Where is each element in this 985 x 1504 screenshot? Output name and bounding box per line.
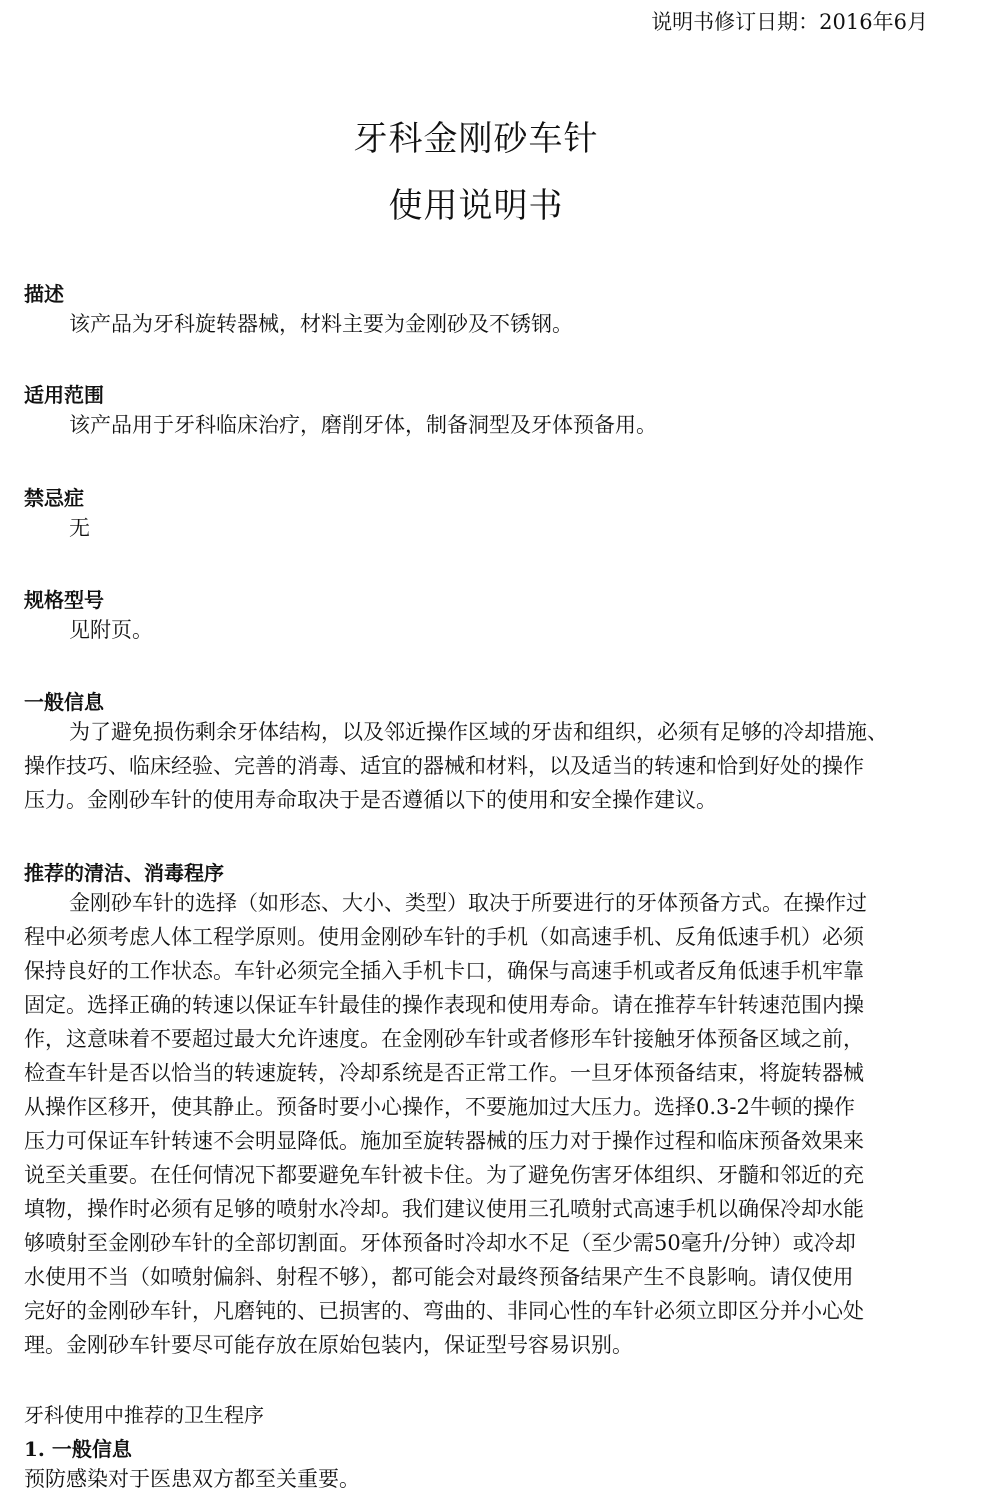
section-body: 预防感染对于医患双方都至关重要。 — [24, 1462, 930, 1496]
paragraph-line: 固定。选择正确的转速以保证车针最佳的操作表现和使用寿命。请在推荐车针转速范围内操 — [24, 988, 930, 1022]
section-body: 无 — [24, 511, 930, 545]
paragraph-line: 说至关重要。在任何情况下都要避免车针被卡住。为了避免伤害牙体组织、牙髓和邻近的充 — [24, 1158, 930, 1192]
paragraph-line: 检查车针是否以恰当的转速旋转，冷却系统是否正常工作。一旦牙体预备结束，将旋转器械 — [24, 1056, 930, 1090]
section-heading: 描述 — [24, 281, 930, 307]
section-cleaning-procedure: 推荐的清洁、消毒程序 金刚砂车针的选择（如形态、大小、类型）取决于所要进行的牙体… — [24, 860, 930, 1362]
paragraph-line: 够喷射至金刚砂车针的全部切割面。牙体预备时冷却水不足（至少需50毫升/分钟）或冷… — [24, 1226, 930, 1260]
section-body: 见附页。 — [24, 613, 930, 647]
document-title: 牙科金刚砂车针 — [0, 119, 952, 159]
revision-date: 说明书修订日期：2016年6月 — [651, 8, 928, 36]
section-body: 该产品为牙科旋转器械，材料主要为金刚砂及不锈钢。 — [24, 307, 930, 341]
section-specifications: 规格型号 见附页。 — [24, 587, 930, 647]
subsection-heading: 1. 一般信息 — [24, 1436, 930, 1462]
section-heading: 适用范围 — [24, 382, 930, 408]
paragraph-line: 作，这意味着不要超过最大允许速度。在金刚砂车针或者修形车针接触牙体预备区域之前， — [24, 1022, 930, 1056]
section-heading: 禁忌症 — [24, 485, 930, 511]
section-body: 该产品用于牙科临床治疗，磨削牙体，制备洞型及牙体预备用。 — [24, 408, 930, 442]
section-scope: 适用范围 该产品用于牙科临床治疗，磨削牙体，制备洞型及牙体预备用。 — [24, 382, 930, 442]
paragraph-line: 理。金刚砂车针要尽可能存放在原始包装内，保证型号容易识别。 — [24, 1328, 930, 1362]
paragraph-line: 压力。金刚砂车针的使用寿命取决于是否遵循以下的使用和安全操作建议。 — [24, 783, 930, 817]
subsection-title: 一般信息 — [52, 1437, 132, 1461]
paragraph-line: 操作技巧、临床经验、完善的消毒、适宜的器械和材料，以及适当的转速和恰到好处的操作 — [24, 749, 930, 783]
paragraph-line: 填物，操作时必须有足够的喷射水冷却。我们建议使用三孔喷射式高速手机以确保冷却水能 — [24, 1192, 930, 1226]
section-heading: 一般信息 — [24, 689, 930, 715]
section-description: 描述 该产品为牙科旋转器械，材料主要为金刚砂及不锈钢。 — [24, 281, 930, 341]
subsection-number: 1. — [24, 1437, 45, 1461]
paragraph-line: 为了避免损伤剩余牙体结构，以及邻近操作区域的牙齿和组织，必须有足够的冷却措施、 — [24, 715, 930, 749]
paragraph-line: 水使用不当（如喷射偏斜、射程不够），都可能会对最终预备结果产生不良影响。请仅使用 — [24, 1260, 930, 1294]
section-heading: 牙科使用中推荐的卫生程序 — [24, 1402, 930, 1428]
section-heading: 规格型号 — [24, 587, 930, 613]
section-contraindications: 禁忌症 无 — [24, 485, 930, 545]
paragraph-line: 完好的金刚砂车针，凡磨钝的、已损害的、弯曲的、非同心性的车针必须立即区分并小心处 — [24, 1294, 930, 1328]
paragraph-line: 保持良好的工作状态。车针必须完全插入手机卡口，确保与高速手机或者反角低速手机牢靠 — [24, 954, 930, 988]
paragraph-line: 金刚砂车针的选择（如形态、大小、类型）取决于所要进行的牙体预备方式。在操作过 — [24, 886, 930, 920]
section-heading: 推荐的清洁、消毒程序 — [24, 860, 930, 886]
section-general-info: 一般信息 为了避免损伤剩余牙体结构，以及邻近操作区域的牙齿和组织，必须有足够的冷… — [24, 689, 930, 817]
document-page: 说明书修订日期：2016年6月 牙科金刚砂车针 使用说明书 描述 该产品为牙科旋… — [0, 0, 985, 1504]
document-subtitle: 使用说明书 — [0, 186, 952, 226]
paragraph-line: 压力可保证车针转速不会明显降低。施加至旋转器械的压力对于操作过程和临床预备效果来 — [24, 1124, 930, 1158]
paragraph-line: 程中必须考虑人体工程学原则。使用金刚砂车针的手机（如高速手机、反角低速手机）必须 — [24, 920, 930, 954]
section-hygiene-procedure: 牙科使用中推荐的卫生程序 1. 一般信息 预防感染对于医患双方都至关重要。 — [24, 1402, 930, 1496]
paragraph-line: 从操作区移开，使其静止。预备时要小心操作，不要施加过大压力。选择0.3-2牛顿的… — [24, 1090, 930, 1124]
